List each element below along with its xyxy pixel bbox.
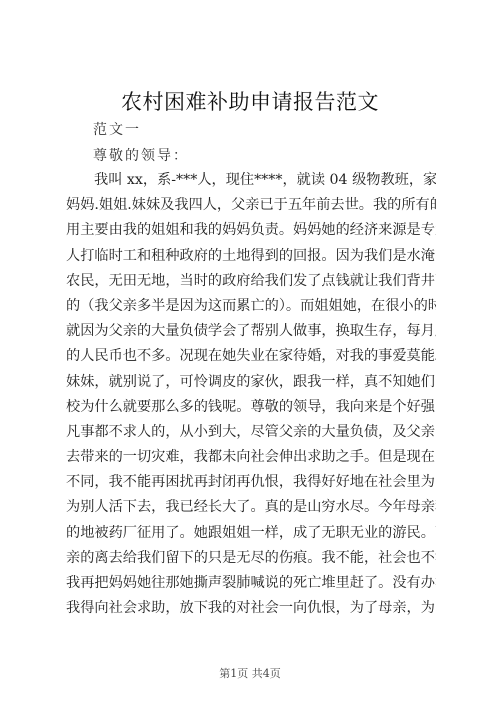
body-line: 妈妈.姐姐.妹妹及我四人，父亲已于五年前去世。我的所有的费 (66, 193, 436, 218)
document-page: 农村困难补助申请报告范文 范文一 尊敬的领导： 我叫 xx，系-***人，现住*… (0, 0, 500, 708)
body-line: 我得向社会求助，放下我的对社会一向仇恨，为了母亲，为了以 (66, 596, 436, 621)
page-number-footer: 第1页 共4页 (0, 666, 500, 682)
body-line: 为别人活下去，我已经长大了。真的是山穷水尽。今年母亲租种 (66, 495, 436, 520)
body-line: 用主要由我的姐姐和我的妈妈负责。妈妈她的经济来源是专为别 (66, 218, 436, 243)
body-paragraph: 我叫 xx，系-***人，现住****，就读 04 级物教班，家中有 妈妈.姐姐… (66, 168, 436, 621)
body-line: 亲的离去给我们留下的只是无尽的伤痕。我不能，社会也不容忍 (66, 546, 436, 571)
body-line: 我叫 xx，系-***人，现住****，就读 04 级物教班，家中有 (66, 168, 436, 193)
salutation: 尊敬的领导： (93, 146, 189, 166)
body-line: 农民，无田无地，当时的政府给我们发了点钱就让我们背井离乡 (66, 269, 436, 294)
document-title: 农村困难补助申请报告范文 (0, 88, 500, 116)
body-line: 我再把妈妈她往那她撕声裂肺喊说的死亡堆里赶了。没有办法， (66, 571, 436, 596)
body-line: 凡事都不求人的，从小到大，尽管父亲的大量负债，及父亲的离 (66, 420, 436, 445)
body-line: 的（我父亲多半是因为这而累亡的）。而姐姐她，在很小的时候， (66, 294, 436, 319)
body-line: 去带来的一切灾难，我都未向社会伸出求助之手。但是现在已经 (66, 445, 436, 470)
section-subheading: 范文一 (93, 120, 141, 140)
body-line: 的地被药厂征用了。她跟姐姐一样，成了无职无业的游民。而父 (66, 521, 436, 546)
body-line: 就因为父亲的大量负债学会了帮别人做事，换取生存，每月所得 (66, 319, 436, 344)
body-line: 不同，我不能再困扰再封闭再仇恨，我得好好地在社会里为自己 (66, 470, 436, 495)
body-line: 人打临时工和租种政府的土地得到的回报。因为我们是水淹区的 (66, 244, 436, 269)
body-line: 妹妹，就别说了，可怜调皮的家伙，跟我一样，真不知她们的学 (66, 370, 436, 395)
body-line: 的人民币也不多。况现在她失业在家待婚，对我的事爱莫能助。 (66, 344, 436, 369)
body-line: 校为什么就要那么多的钱呢。尊敬的领导，我向来是个好强的人， (66, 395, 436, 420)
